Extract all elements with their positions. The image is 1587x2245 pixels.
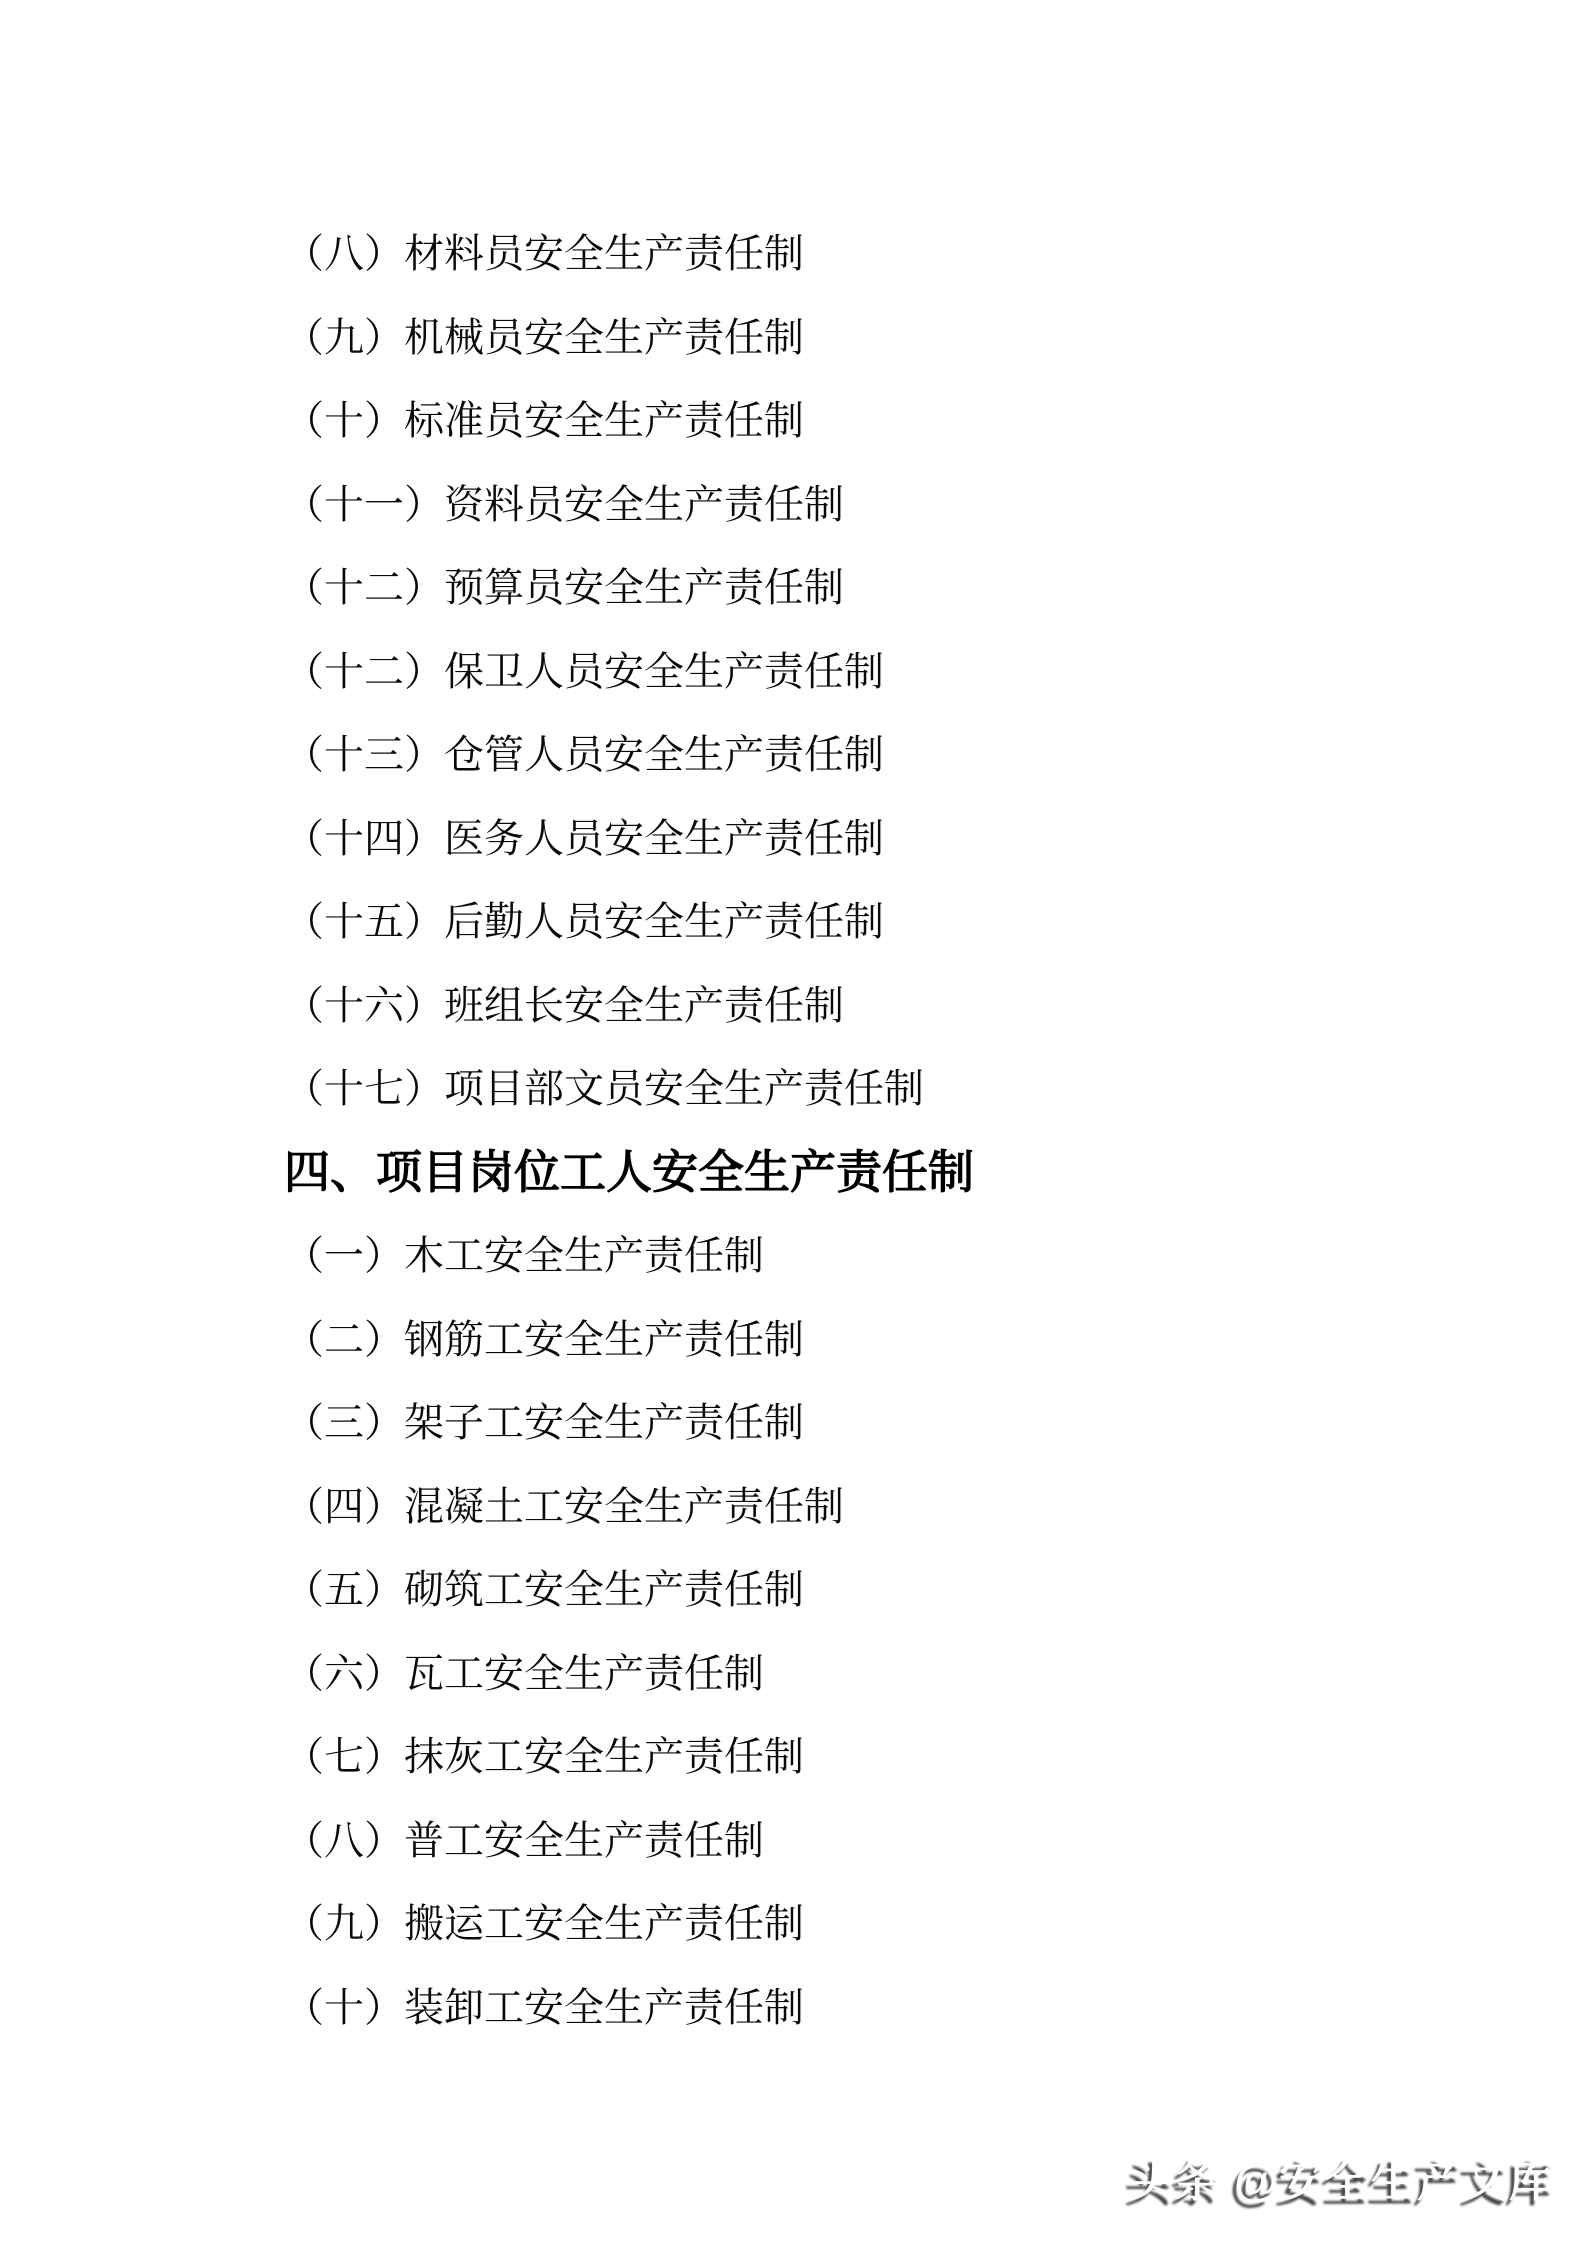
watermark: 头条 @安全生产文库 xyxy=(1129,2144,1555,2209)
toc-item: （十六）班组长安全生产责任制 xyxy=(284,964,974,1048)
toc-item: （五）砌筑工安全生产责任制 xyxy=(284,1548,974,1632)
document-page: （八）材料员安全生产责任制 （九）机械员安全生产责任制 （十）标准员安全生产责任… xyxy=(0,0,1587,2245)
toc-item: （七）抹灰工安全生产责任制 xyxy=(284,1715,974,1799)
toc-item: （十四）医务人员安全生产责任制 xyxy=(284,797,974,881)
toc-item: （十三）仓管人员安全生产责任制 xyxy=(284,713,974,797)
toc-item: （三）架子工安全生产责任制 xyxy=(284,1381,974,1465)
toc-item: （十二）保卫人员安全生产责任制 xyxy=(284,630,974,714)
toc-item: （十）装卸工安全生产责任制 xyxy=(284,1966,974,2050)
toc-item: （十二）预算员安全生产责任制 xyxy=(284,546,974,630)
section-heading: 四、项目岗位工人安全生产责任制 xyxy=(284,1131,974,1215)
toc-item: （一）木工安全生产责任制 xyxy=(284,1214,974,1298)
toc-item: （八）材料员安全生产责任制 xyxy=(284,212,974,296)
toc-item: （九）机械员安全生产责任制 xyxy=(284,296,974,380)
toc-item: （九）搬运工安全生产责任制 xyxy=(284,1882,974,1966)
table-of-contents: （八）材料员安全生产责任制 （九）机械员安全生产责任制 （十）标准员安全生产责任… xyxy=(284,212,974,2049)
toc-item: （十一）资料员安全生产责任制 xyxy=(284,463,974,547)
toc-item: （四）混凝土工安全生产责任制 xyxy=(284,1465,974,1549)
toc-item: （十五）后勤人员安全生产责任制 xyxy=(284,880,974,964)
toc-item: （六）瓦工安全生产责任制 xyxy=(284,1632,974,1716)
toc-item: （八）普工安全生产责任制 xyxy=(284,1799,974,1883)
toc-item: （十七）项目部文员安全生产责任制 xyxy=(284,1047,974,1131)
toc-item: （十）标准员安全生产责任制 xyxy=(284,379,974,463)
toc-item: （二）钢筋工安全生产责任制 xyxy=(284,1298,974,1382)
